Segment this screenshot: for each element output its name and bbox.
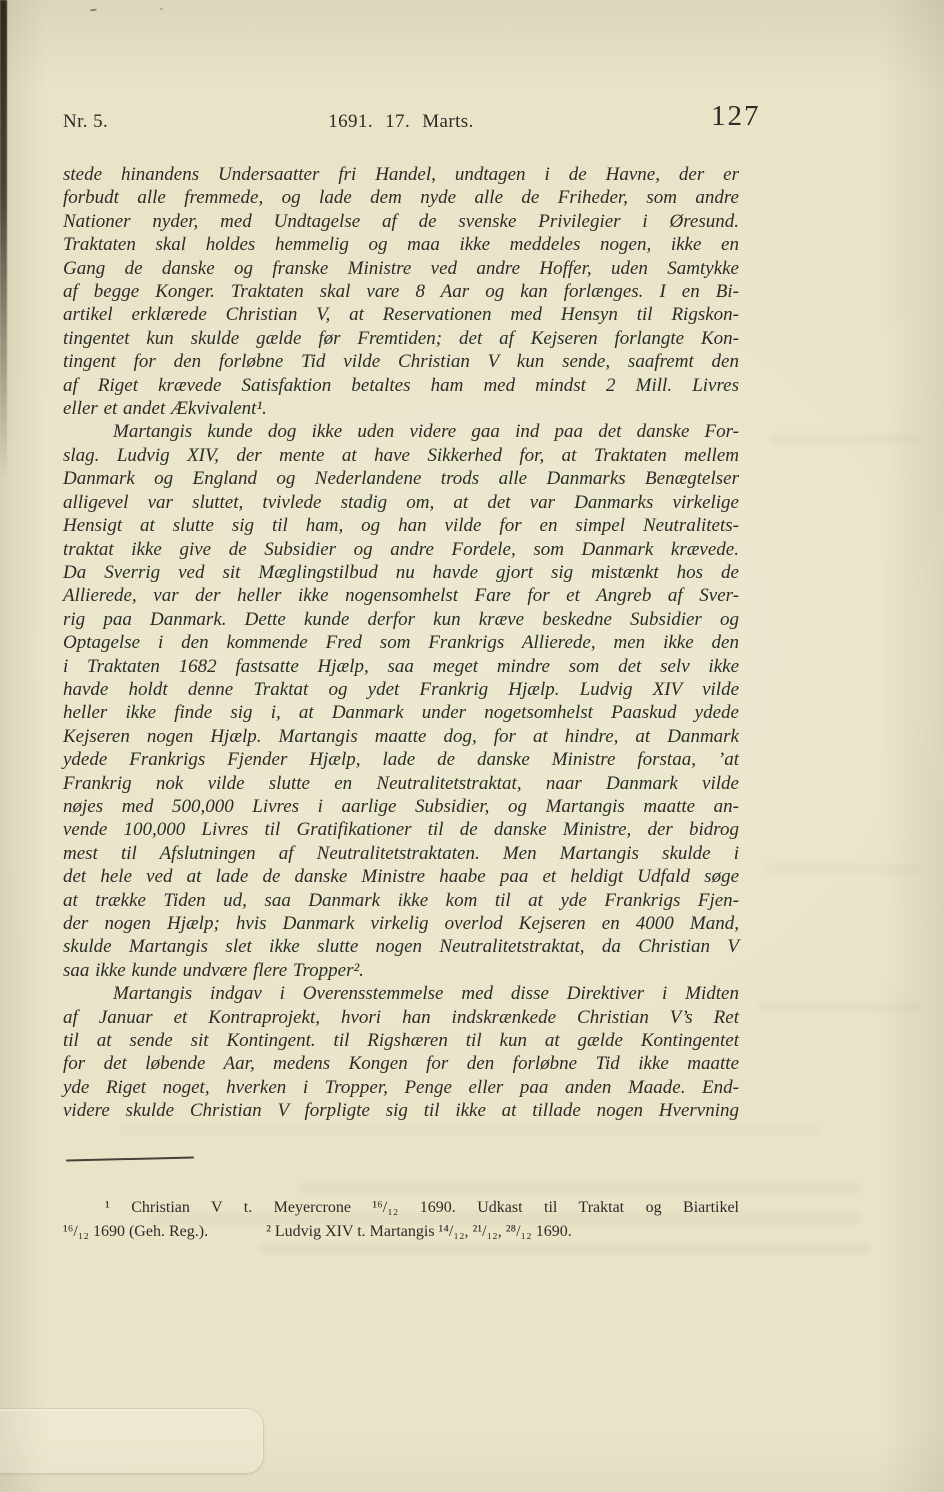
footnote-continuation: ¹⁶/₁₂ 1690 (Geh. Reg.). <box>63 1223 208 1240</box>
body-text: stede hinandens Undersaatter fri Handel,… <box>63 163 739 1123</box>
bleedthrough-artifact <box>758 1002 920 1012</box>
text-line: vende 100,000 Livres til Gratifikationer… <box>63 818 739 841</box>
text-line: forbudt alle fremmede, og lade dem nyde … <box>63 186 739 209</box>
text-line: traktat ikke give de Subsidier og andre … <box>63 538 739 561</box>
paragraph: Martangis indgav i Overensstemmelse med … <box>63 982 739 1122</box>
text-line: tingent for den forløbne Tid vilde Chris… <box>63 350 739 373</box>
text-line: stede hinandens Undersaatter fri Handel,… <box>63 163 739 186</box>
bleedthrough-artifact <box>150 1213 860 1224</box>
text-line: mest til Afslutningen af Neutralitetstra… <box>63 842 739 865</box>
text-line: Allierede, var der heller ikke nogensomh… <box>63 584 739 607</box>
paragraph: stede hinandens Undersaatter fri Handel,… <box>63 163 739 420</box>
embossed-mark <box>0 1408 264 1474</box>
text-line: videre skulde Christian V forpligte sig … <box>63 1099 739 1122</box>
text-line: Martangis indgav i Overensstemmelse med … <box>63 982 739 1005</box>
text-line: Nationer nyder, med Undtagelse af de sve… <box>63 210 739 233</box>
text-line: Martangis kunde dog ikke uden videre gaa… <box>63 420 739 443</box>
paragraph: Martangis kunde dog ikke uden videre gaa… <box>63 420 739 982</box>
date-heading: 1691. 17. Marts. <box>328 111 473 133</box>
bleedthrough-artifact <box>765 864 920 874</box>
text-line: Danmark og England og Nederlandene trods… <box>63 467 739 490</box>
text-line: for det løbende Aar, medens Kongen for d… <box>63 1052 739 1075</box>
text-line: af begge Konger. Traktaten skal vare 8 A… <box>63 280 739 303</box>
bleedthrough-artifact <box>300 1183 860 1194</box>
text-line: at trække Tiden ud, saa Danmark ikke kom… <box>63 889 739 912</box>
text-line: alligevel var sluttet, tvivlede stadig o… <box>63 491 739 514</box>
text-line: nøjes med 500,000 Livres i aarlige Subsi… <box>63 795 739 818</box>
document-number: Nr. 5. <box>63 111 108 133</box>
footnote-separator <box>66 1156 194 1161</box>
bleedthrough-artifact <box>120 1125 820 1135</box>
text-line: det hele ved at lade de danske Ministre … <box>63 865 739 888</box>
text-line: ydede Frankrigs Fjender Hjælp, lade de d… <box>63 748 739 771</box>
text-line: rig paa Danmark. Dette kunde derfor kun … <box>63 608 739 631</box>
text-line: i Traktaten 1682 fastsatte Hjælp, saa me… <box>63 655 739 678</box>
text-line: Hensigt at slutte sig til ham, og han vi… <box>63 514 739 537</box>
text-line: Frankrig nok vilde slutte en Neutralitet… <box>63 772 739 795</box>
text-line: Traktaten skal holdes hemmelig og maa ik… <box>63 233 739 256</box>
text-line: artikel erklærede Christian V, at Reserv… <box>63 303 739 326</box>
bleedthrough-artifact <box>770 434 920 444</box>
footnote-2: ² Ludvig XIV t. Martangis ¹⁴/₁₂, ²¹/₁₂, … <box>266 1223 572 1240</box>
text-line: heller ikke finde sig i, at Danmark unde… <box>63 701 739 724</box>
text-line: tingentet kun skulde gælde før Fremtiden… <box>63 327 739 350</box>
page-header: Nr. 5. 1691. 17. Marts. <box>63 111 739 137</box>
text-line: af Riget krævede Satisfaktion betaltes h… <box>63 374 739 397</box>
text-line: til at sende sit Kontingent. til Rigshær… <box>63 1029 739 1052</box>
text-line: saa ikke kunde undvære flere Tropper². <box>63 959 739 982</box>
page-number: 127 <box>711 100 761 133</box>
text-line: eller et andet Ækvivalent¹. <box>63 397 739 420</box>
text-line: der nogen Hjælp; hvis Danmark virkelig o… <box>63 912 739 935</box>
scan-speck <box>90 9 97 12</box>
scan-speck <box>160 8 163 10</box>
text-line: havde holdt denne Traktat og ydet Frankr… <box>63 678 739 701</box>
page-binding-shadow <box>0 0 7 480</box>
text-line: Gang de danske og franske Ministre ved a… <box>63 257 739 280</box>
text-line: yde Riget noget, hverken i Tropper, Peng… <box>63 1076 739 1099</box>
scanned-book-page: Nr. 5. 1691. 17. Marts. 127 stede hinand… <box>0 0 944 1492</box>
text-line: slag. Ludvig XIV, der mente at have Sikk… <box>63 444 739 467</box>
text-line: af Januar et Kontraprojekt, hvori han in… <box>63 1006 739 1029</box>
text-line: skulde Martangis slet ikke slutte nogen … <box>63 935 739 958</box>
text-line: Kejseren nogen Hjælp. Martangis maatte d… <box>63 725 739 748</box>
text-line: Optagelse i den kommende Fred som Frankr… <box>63 631 739 654</box>
text-line: Da Sverrig ved sit Mæglingstilbud nu hav… <box>63 561 739 584</box>
bleedthrough-artifact <box>260 1243 870 1254</box>
